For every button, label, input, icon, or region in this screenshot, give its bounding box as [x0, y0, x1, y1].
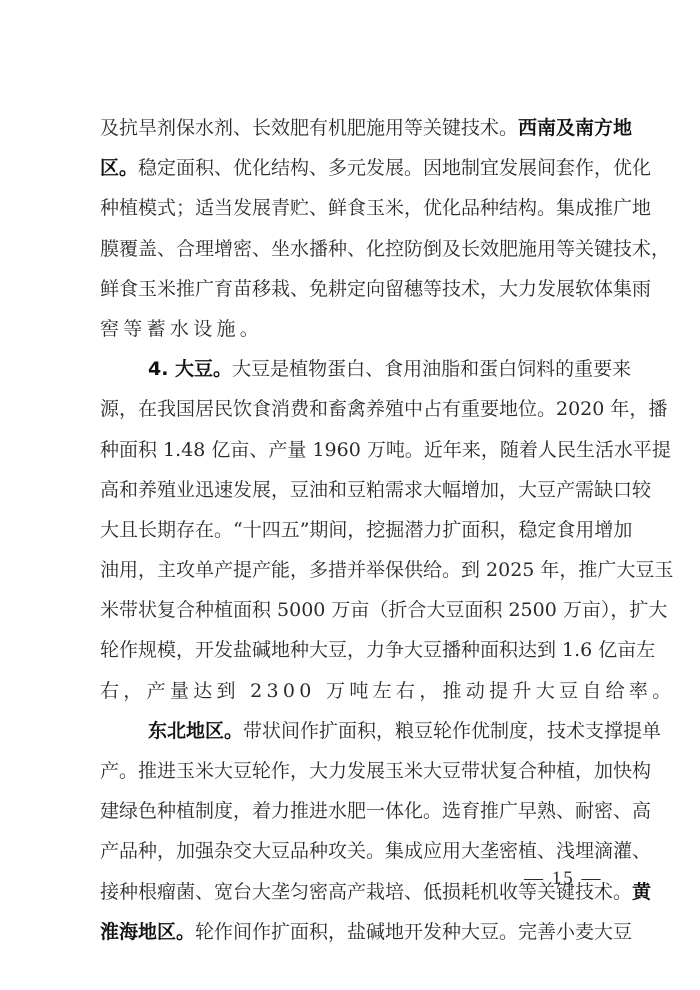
text-line: 米带状复合种植面积 5000 万亩（折合大豆面积 2500 万亩），扩大 — [100, 590, 608, 630]
body-text: 膜覆盖、合理增密、坐水播种、化控防倒及长效肥施用等关键技术， — [100, 238, 670, 260]
paragraph-first-line: 4. 大豆。大豆是植物蛋白、食用油脂和蛋白饲料的重要来 — [100, 349, 608, 389]
document-body: 及抗旱剂保水剂、长效肥有机肥施用等关键技术。西南及南方地区。稳定面积、优化结构、… — [100, 108, 608, 952]
bold-heading-text: 黄 — [632, 881, 651, 903]
body-text: 轮作间作扩面积，盐碱地开发种大豆。完善小麦大豆 — [195, 921, 632, 943]
body-text: 大且长期存在。“十四五”期间，挖掘潜力扩面积，稳定食用增加 — [100, 519, 632, 541]
body-text: 窖等蓄水设施。 — [100, 318, 263, 340]
text-line: 窖等蓄水设施。 — [100, 309, 608, 349]
bold-heading-text: 西南及南方地 — [518, 117, 632, 139]
body-text: 高和养殖业迅速发展，豆油和豆粕需求大幅增加，大豆产需缺口较 — [100, 479, 651, 501]
page-number: — 15 — — [524, 868, 603, 890]
body-text: 米带状复合种植面积 5000 万亩（折合大豆面积 2500 万亩），扩大 — [100, 599, 667, 621]
body-text: 右，产量达到 2300 万吨左右，推动提升大豆自给率。 — [100, 680, 676, 702]
text-line: 油用，主攻单产提产能，多措并举保供给。到 2025 年，推广大豆玉 — [100, 550, 608, 590]
text-line: 产。推进玉米大豆轮作，大力发展玉米大豆带状复合种植，加快构 — [100, 751, 608, 791]
text-line: 膜覆盖、合理增密、坐水播种、化控防倒及长效肥施用等关键技术， — [100, 229, 608, 269]
body-text: 鲜食玉米推广育苗移栽、免耕定向留穗等技术，大力发展软体集雨 — [100, 278, 651, 300]
body-text: 种面积 1.48 亿亩、产量 1960 万吨。近年来，随着人民生活水平提 — [100, 439, 671, 461]
text-line: 及抗旱剂保水剂、长效肥有机肥施用等关键技术。西南及南方地 — [100, 108, 608, 148]
text-line: 高和养殖业迅速发展，豆油和豆粕需求大幅增加，大豆产需缺口较 — [100, 470, 608, 510]
body-text: 带状间作扩面积，粮豆轮作优制度，技术支撑提单 — [243, 720, 661, 742]
body-text: 源，在我国居民饮食消费和畜禽养殖中占有重要地位。2020 年，播 — [100, 398, 667, 420]
bold-heading-text: 区。 — [100, 157, 138, 179]
body-text: 轮作规模，开发盐碱地种大豆，力争大豆播种面积达到 1.6 亿亩左 — [100, 639, 655, 661]
bold-heading-text: 淮海地区。 — [100, 921, 195, 943]
paragraph-first-line: 东北地区。带状间作扩面积，粮豆轮作优制度，技术支撑提单 — [100, 711, 608, 751]
text-line: 鲜食玉米推广育苗移栽、免耕定向留穗等技术，大力发展软体集雨 — [100, 269, 608, 309]
body-text: 种植模式；适当发展青贮、鲜食玉米，优化品种结构。集成推广地 — [100, 197, 651, 219]
text-line: 大且长期存在。“十四五”期间，挖掘潜力扩面积，稳定食用增加 — [100, 510, 608, 550]
body-text: 油用，主攻单产提产能，多措并举保供给。到 2025 年，推广大豆玉 — [100, 559, 673, 581]
body-text: 产品种，加强杂交大豆品种攻关。集成应用大垄密植、浅埋滴灌、 — [100, 840, 651, 862]
body-text: 建绿色种植制度，着力推进水肥一体化。选育推广早熟、耐密、高 — [100, 800, 651, 822]
text-line: 种植模式；适当发展青贮、鲜食玉米，优化品种结构。集成推广地 — [100, 188, 608, 228]
bold-heading-text: 4. 大豆。 — [148, 358, 232, 380]
text-line: 区。稳定面积、优化结构、多元发展。因地制宜发展间套作，优化 — [100, 148, 608, 188]
body-text: 稳定面积、优化结构、多元发展。因地制宜发展间套作，优化 — [138, 157, 651, 179]
text-line: 右，产量达到 2300 万吨左右，推动提升大豆自给率。 — [100, 671, 608, 711]
body-text: 大豆是植物蛋白、食用油脂和蛋白饲料的重要来 — [232, 358, 631, 380]
bold-heading-text: 东北地区。 — [148, 720, 243, 742]
text-line: 建绿色种植制度，着力推进水肥一体化。选育推广早熟、耐密、高 — [100, 791, 608, 831]
text-line: 淮海地区。轮作间作扩面积，盐碱地开发种大豆。完善小麦大豆 — [100, 912, 608, 952]
body-text: 及抗旱剂保水剂、长效肥有机肥施用等关键技术。 — [100, 117, 518, 139]
text-line: 产品种，加强杂交大豆品种攻关。集成应用大垄密植、浅埋滴灌、 — [100, 831, 608, 871]
text-line: 种面积 1.48 亿亩、产量 1960 万吨。近年来，随着人民生活水平提 — [100, 430, 608, 470]
text-line: 轮作规模，开发盐碱地种大豆，力争大豆播种面积达到 1.6 亿亩左 — [100, 630, 608, 670]
body-text: 产。推进玉米大豆轮作，大力发展玉米大豆带状复合种植，加快构 — [100, 760, 651, 782]
text-line: 源，在我国居民饮食消费和畜禽养殖中占有重要地位。2020 年，播 — [100, 389, 608, 429]
